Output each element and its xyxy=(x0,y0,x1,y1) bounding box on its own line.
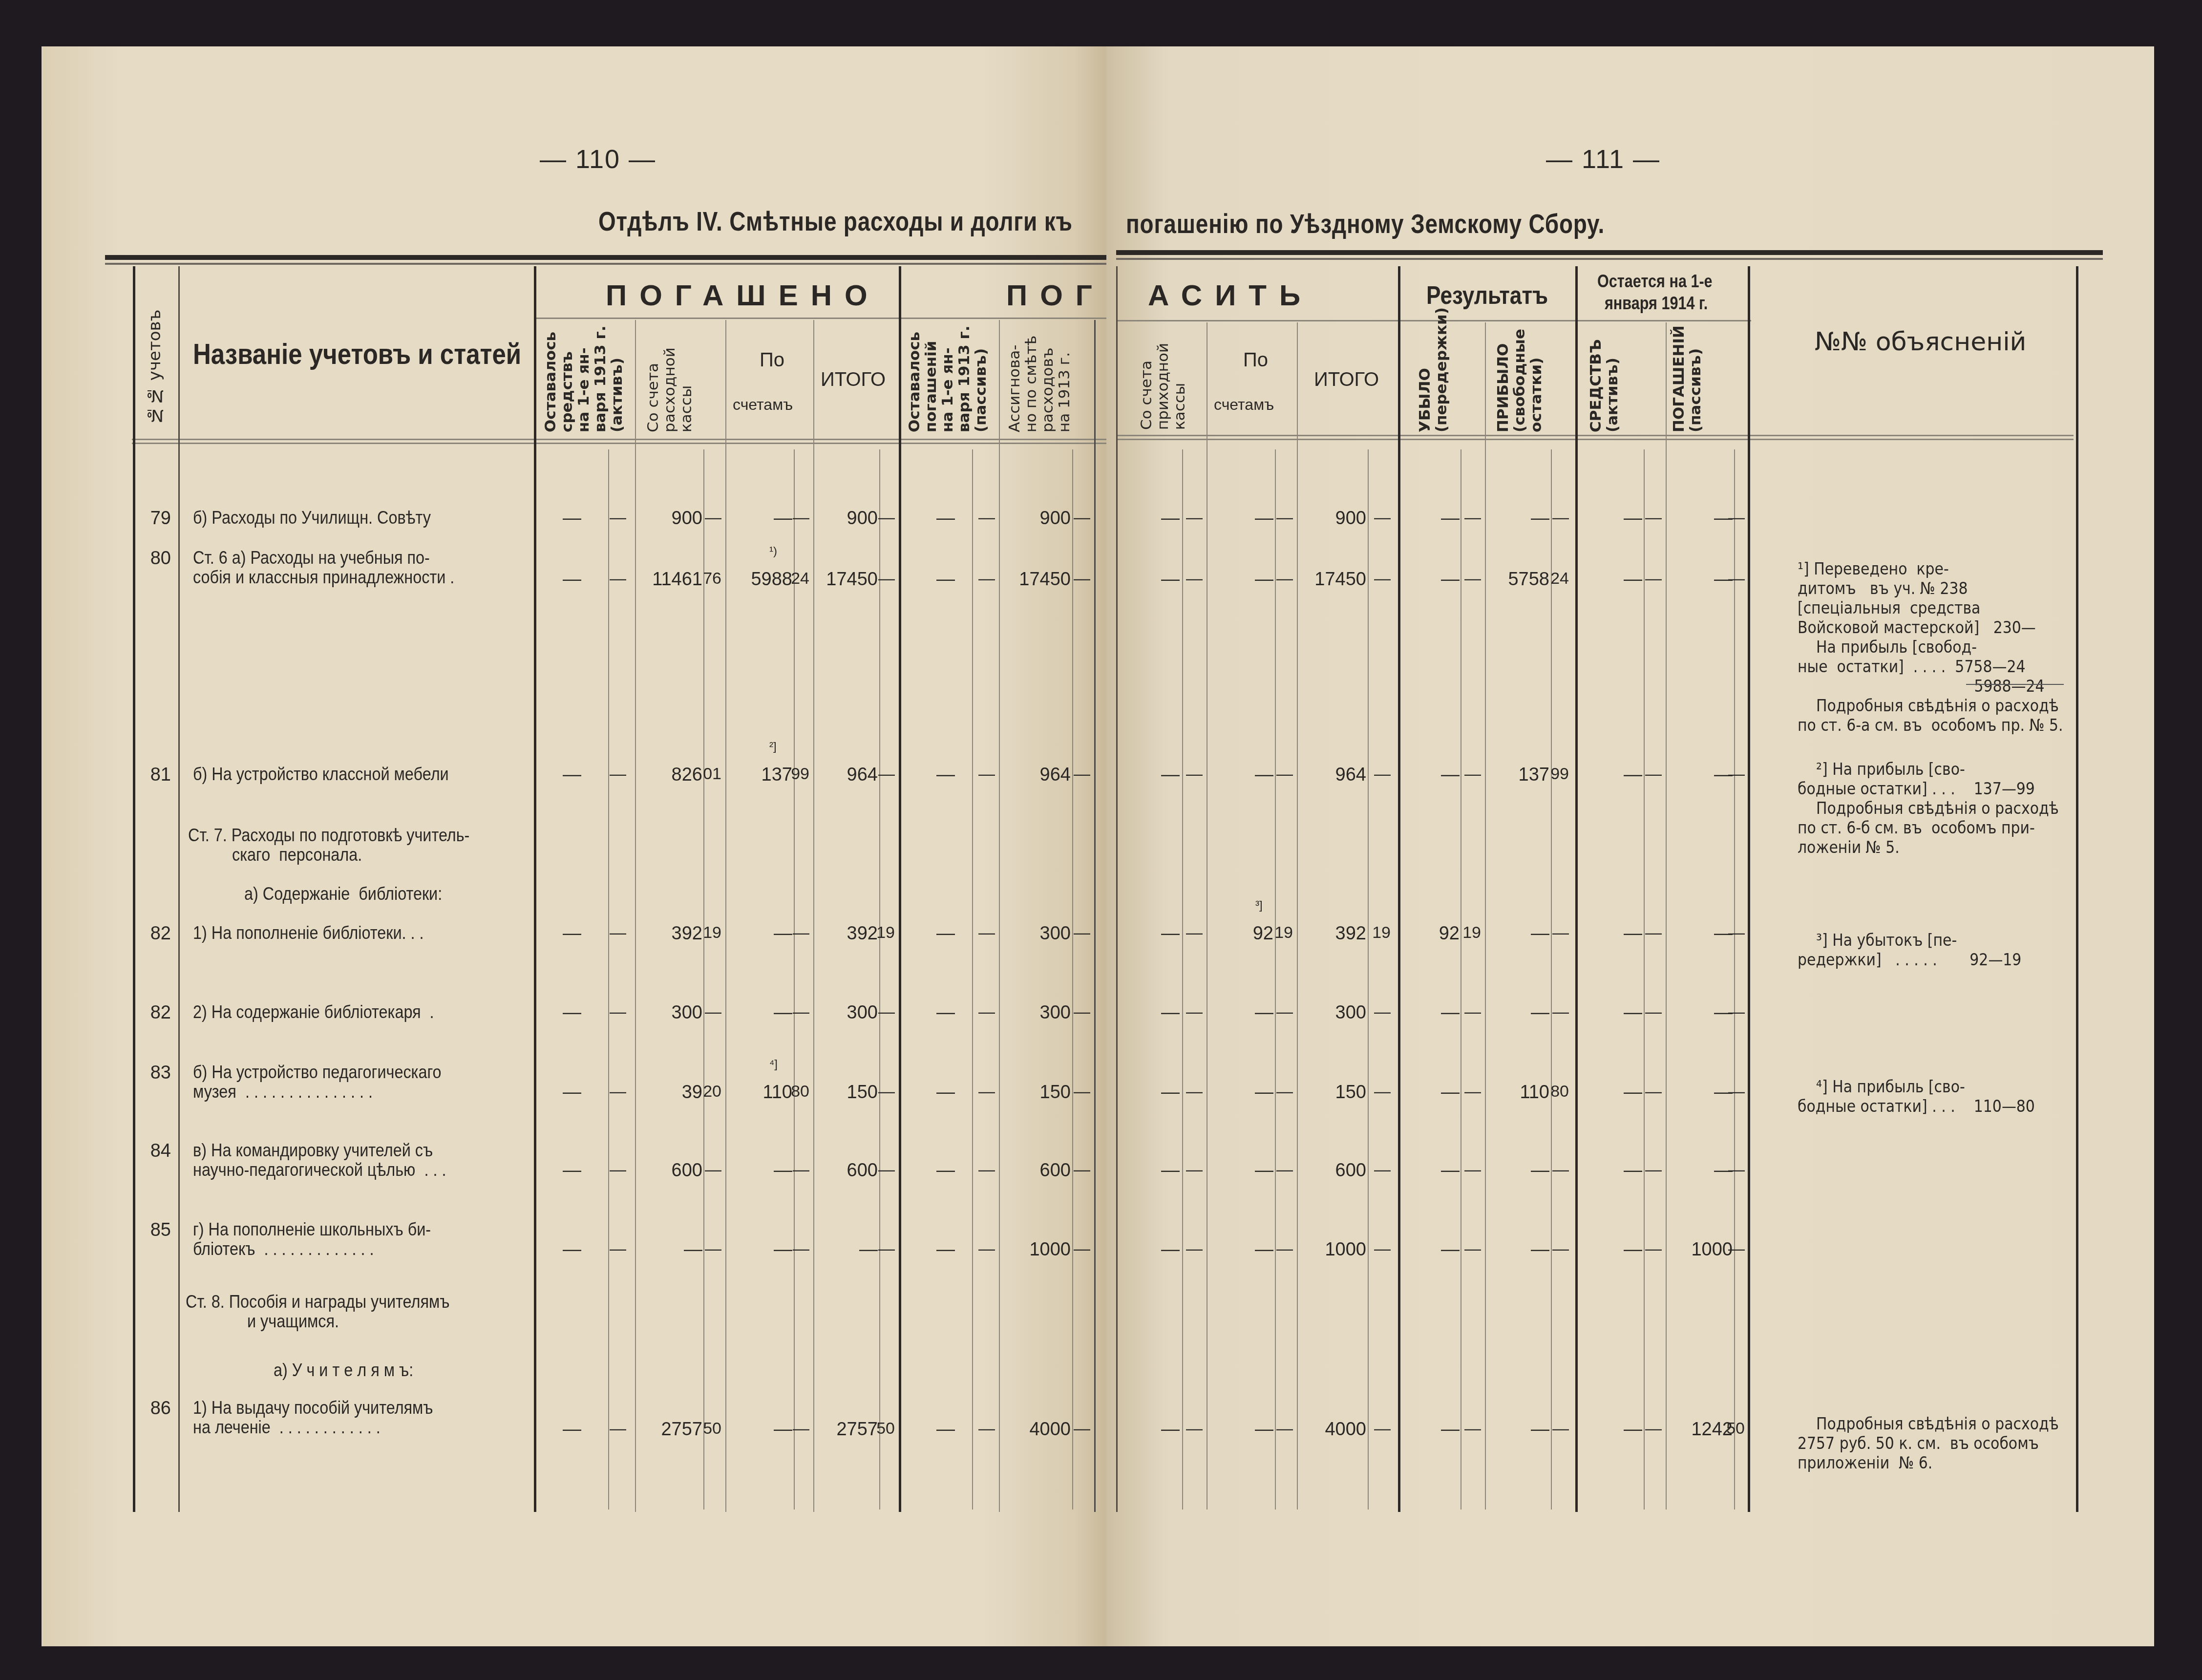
header-ubylo: УБЫЛО (передержки) xyxy=(1417,325,1450,432)
top-rule-right xyxy=(1116,250,2103,255)
cell-right-pogash: — xyxy=(1659,923,1733,944)
cell-right-schet: — xyxy=(1200,569,1273,590)
col-line xyxy=(1398,266,1400,1512)
cell-right-ubylo: — xyxy=(1386,765,1460,786)
cell-right-assign: 1000 xyxy=(997,1239,1071,1260)
cell-right-assign-kop: — xyxy=(1070,1239,1090,1258)
cell-right-kassa-kop: — xyxy=(1182,923,1203,942)
cell-left-schet: — xyxy=(719,1239,792,1260)
cell-left-itogo: 600 xyxy=(805,1160,878,1181)
cell-left-ost-kop: — xyxy=(606,923,626,942)
cell-right-schet: 92 xyxy=(1200,923,1273,944)
cell-right-pogash-kop: — xyxy=(1724,1082,1745,1101)
cell-left-schet: — xyxy=(719,1419,792,1440)
col-line xyxy=(1182,449,1183,1510)
cell-left-itogo: 300 xyxy=(805,1002,878,1023)
header-so-scheta-prihod: Со счета приходной кассы xyxy=(1138,342,1188,430)
row-label: г) На пополненіе школьныхъ би- бліотекъ … xyxy=(193,1220,431,1259)
footnote-marker: ³] xyxy=(1255,899,1263,913)
cell-right-pogash: 1000 xyxy=(1659,1239,1733,1260)
page-number-left: — 110 — xyxy=(540,144,656,174)
header-so-scheta-rashod: Со счета расходной кассы xyxy=(645,327,695,432)
group-rule-left xyxy=(535,318,1106,319)
cell-right-kassa: — xyxy=(1106,1160,1180,1181)
cell-left-kassa: 300 xyxy=(629,1002,702,1023)
cell-right-ost-kop: — xyxy=(974,1002,995,1021)
cell-right-assign-kop: — xyxy=(1070,1160,1090,1179)
header-pribylo: ПРИБЫЛО (свободные остатки) xyxy=(1495,325,1545,432)
header-pogasit-right: АСИТЬ xyxy=(1148,278,1313,312)
cell-right-pribylo: — xyxy=(1476,1002,1549,1023)
cell-left-schet: — xyxy=(719,508,792,529)
cell-right-schet-kop: — xyxy=(1272,765,1293,784)
top-rule-left xyxy=(105,255,1106,260)
header-itogo-left: ИТОГО xyxy=(821,369,886,391)
cell-right-sredstv: — xyxy=(1569,923,1642,944)
cell-left-kassa-kop: — xyxy=(701,1002,721,1021)
col-line xyxy=(133,266,135,1512)
cell-right-schet: — xyxy=(1200,1419,1273,1440)
header-remaining-1: Остается на 1-е xyxy=(1597,271,1713,292)
col-line xyxy=(899,266,901,1512)
cell-right-assign: 150 xyxy=(997,1082,1071,1103)
cell-right-ost: — xyxy=(882,569,955,590)
row-label: 1) На пополненіе библіотеки. . . xyxy=(193,923,424,943)
cell-right-sredstv: — xyxy=(1569,1239,1642,1260)
cell-right-schet: — xyxy=(1200,508,1273,529)
cell-right-kassa-kop: — xyxy=(1182,1002,1203,1021)
cell-right-pribylo-kop: — xyxy=(1548,508,1569,527)
header-result: Результатъ xyxy=(1426,281,1548,310)
col-line xyxy=(879,449,880,1510)
col-line xyxy=(1116,266,1118,1512)
row-number: 83 xyxy=(142,1063,171,1084)
explanation-86: Подробныя свѣдѣнія о расходѣ 2757 руб. 5… xyxy=(1798,1414,2059,1473)
cell-right-pribylo-kop: — xyxy=(1548,1419,1569,1438)
cell-right-pribylo-kop: — xyxy=(1548,1160,1569,1179)
cell-left-kassa-kop: 76 xyxy=(701,569,721,588)
cell-right-kassa: — xyxy=(1106,1419,1180,1440)
top-rule-left-thin xyxy=(105,263,1106,265)
section-heading: а) У ч и т е л я м ъ: xyxy=(274,1361,413,1380)
cell-right-pribylo-kop: — xyxy=(1548,923,1569,942)
cell-left-ost-kop: — xyxy=(606,1419,626,1438)
row-label: б) На устройство классной мебели xyxy=(193,765,449,784)
col-line xyxy=(1297,322,1298,1510)
header-pogasit-left: ПОГ xyxy=(1006,278,1105,312)
cell-right-kassa: — xyxy=(1106,923,1180,944)
cell-right-sredstv: — xyxy=(1569,1419,1642,1440)
cell-right-pribylo: — xyxy=(1476,923,1549,944)
cell-right-ost: — xyxy=(882,1239,955,1260)
cell-right-assign: 964 xyxy=(997,765,1071,786)
cell-left-itogo: 17450 xyxy=(805,569,878,590)
header-explanations: №№ объясненій xyxy=(1815,327,2026,357)
cell-right-ost-kop: — xyxy=(974,1082,995,1101)
cell-right-sredstv-kop: — xyxy=(1641,569,1662,588)
cell-right-kassa-kop: — xyxy=(1182,1239,1203,1258)
cell-left-ost: — xyxy=(508,1002,581,1023)
cell-right-pogash-kop: 50 xyxy=(1724,1419,1745,1438)
col-line xyxy=(534,266,536,1512)
cell-right-ost-kop: — xyxy=(974,1419,995,1438)
cell-right-kassa-kop: — xyxy=(1182,1082,1203,1101)
header-remaining-2: января 1914 г. xyxy=(1605,293,1708,314)
cell-right-ubylo: — xyxy=(1386,508,1460,529)
cell-left-kassa: 11461 xyxy=(629,569,702,590)
cell-right-assign: 4000 xyxy=(997,1419,1071,1440)
cell-right-assign-kop: — xyxy=(1070,923,1090,942)
col-line xyxy=(1644,449,1645,1510)
cell-right-schet-kop: 19 xyxy=(1272,923,1293,942)
row-number: 82 xyxy=(142,1002,171,1023)
cell-right-kassa-kop: — xyxy=(1182,569,1203,588)
cell-right-pogash-kop: — xyxy=(1724,765,1745,784)
cell-right-pogash-kop: — xyxy=(1724,1002,1745,1021)
col-line xyxy=(725,320,726,1512)
cell-right-schet-kop: — xyxy=(1272,1002,1293,1021)
cell-right-schet-kop: — xyxy=(1272,1160,1293,1179)
cell-right-ost-kop: — xyxy=(974,923,995,942)
cell-left-ost-kop: — xyxy=(606,1239,626,1258)
cell-right-pogash-kop: — xyxy=(1724,1160,1745,1179)
cell-right-schet: — xyxy=(1200,1160,1273,1181)
cell-right-schet: — xyxy=(1200,1239,1273,1260)
cell-right-pogash: — xyxy=(1659,1002,1733,1023)
section-heading: Ст. 7. Расходы по подготовкѣ учитель- ск… xyxy=(188,826,469,865)
cell-left-kassa: 900 xyxy=(629,508,702,529)
cell-right-sredstv: — xyxy=(1569,1160,1642,1181)
cell-left-itogo: 2757 xyxy=(805,1419,878,1440)
col-line xyxy=(1551,449,1552,1510)
cell-right-pogash: — xyxy=(1659,569,1733,590)
cell-left-ost: — xyxy=(508,1160,581,1181)
cell-right-sredstv-kop: — xyxy=(1641,923,1662,942)
cell-left-ost: — xyxy=(508,508,581,529)
cell-right-ubylo: — xyxy=(1386,1160,1460,1181)
cell-right-kassa: — xyxy=(1106,765,1180,786)
cell-right-pribylo: — xyxy=(1476,1239,1549,1260)
cell-right-ubylo: — xyxy=(1386,1419,1460,1440)
row-number: 81 xyxy=(142,765,171,786)
cell-right-assign: 300 xyxy=(997,923,1071,944)
cell-right-pribylo-kop: — xyxy=(1548,1002,1569,1021)
cell-right-itogo: 1000 xyxy=(1293,1239,1366,1260)
cell-right-pribylo: — xyxy=(1476,1419,1549,1440)
cell-right-pribylo-kop: 80 xyxy=(1548,1082,1569,1101)
col-line xyxy=(999,320,1000,1512)
row-label: Ст. 6 а) Расходы на учебныя по- собія и … xyxy=(193,548,454,587)
col-line xyxy=(1734,449,1735,1510)
cell-left-ost: — xyxy=(508,923,581,944)
header-bottom-rule-right xyxy=(1116,435,2074,436)
cell-left-kassa-kop: — xyxy=(701,1160,721,1179)
cell-right-ost: — xyxy=(882,1002,955,1023)
cell-right-assign-kop: — xyxy=(1070,1082,1090,1101)
cell-left-schet: 110 xyxy=(719,1082,792,1103)
cell-right-itogo: 900 xyxy=(1293,508,1366,529)
row-number: 80 xyxy=(142,548,171,569)
row-label: б) Расходы по Училищн. Совѣту xyxy=(193,508,431,528)
cell-right-kassa: — xyxy=(1106,1239,1180,1260)
cell-left-kassa: 826 xyxy=(629,765,702,786)
header-sredstv: СРЕДСТВЪ (активъ) xyxy=(1588,325,1621,432)
cell-left-kassa: 2757 xyxy=(629,1419,702,1440)
cell-left-kassa: 600 xyxy=(629,1160,702,1181)
cell-left-itogo: 150 xyxy=(805,1082,878,1103)
cell-right-pogash: — xyxy=(1659,508,1733,529)
cell-right-ost: — xyxy=(882,923,955,944)
cell-right-ubylo: — xyxy=(1386,1239,1460,1260)
cell-right-assign-kop: — xyxy=(1070,765,1090,784)
cell-right-itogo: 17450 xyxy=(1293,569,1366,590)
header-pogasheno: ПОГАШЕНО xyxy=(606,278,880,312)
col-line xyxy=(1485,322,1486,1510)
header-bottom-rule-left-2 xyxy=(132,443,1106,444)
cell-left-ost-kop: — xyxy=(606,1082,626,1101)
cell-left-ost: — xyxy=(508,1082,581,1103)
cell-right-ost-kop: — xyxy=(974,1239,995,1258)
col-line xyxy=(1275,449,1276,1510)
cell-right-assign: 900 xyxy=(997,508,1071,529)
col-line xyxy=(813,320,814,1512)
section-heading: а) Содержаніе библіотеки: xyxy=(244,884,442,904)
cell-left-ost-kop: — xyxy=(606,1002,626,1021)
col-line xyxy=(1094,320,1096,1512)
header-po-schetam-r2: счетамъ xyxy=(1214,396,1274,414)
col-line xyxy=(608,449,609,1510)
header-bottom-rule-left xyxy=(132,439,1106,440)
cell-left-kassa-kop: 20 xyxy=(701,1082,721,1101)
header-name: Названіе учетовъ и статей xyxy=(193,337,521,371)
cell-right-sredstv-kop: — xyxy=(1641,765,1662,784)
col-line xyxy=(1072,449,1073,1510)
cell-right-sredstv: — xyxy=(1569,1082,1642,1103)
cell-right-itogo: 964 xyxy=(1293,765,1366,786)
cell-left-itogo: 392 xyxy=(805,923,878,944)
row-number: 86 xyxy=(142,1398,171,1419)
cell-right-assign-kop: — xyxy=(1070,569,1090,588)
cell-right-sredstv-kop: — xyxy=(1641,1419,1662,1438)
cell-right-ost: — xyxy=(882,1419,955,1440)
row-number: 82 xyxy=(142,923,171,944)
cell-right-pogash: 1242 xyxy=(1659,1419,1733,1440)
cell-left-ost: — xyxy=(508,1239,581,1260)
cell-right-schet-kop: — xyxy=(1272,1239,1293,1258)
footnote-marker: ⁴] xyxy=(769,1058,778,1071)
cell-right-ost: — xyxy=(882,765,955,786)
cell-right-kassa: — xyxy=(1106,508,1180,529)
cell-right-pribylo: 137 xyxy=(1476,765,1549,786)
sum-underline xyxy=(1966,684,2064,685)
explanation-3: ³] На убытокъ [пе- редержки] . . . . . 9… xyxy=(1798,931,2021,970)
cell-right-pribylo-kop: 24 xyxy=(1548,569,1569,588)
page-number-right: — 111 — xyxy=(1546,144,1660,174)
cell-right-kassa-kop: — xyxy=(1182,765,1203,784)
row-label: 2) На содержаніе библіотекаря . xyxy=(193,1002,434,1022)
cell-right-sredstv: — xyxy=(1569,508,1642,529)
col-line xyxy=(1666,322,1667,1510)
cell-right-assign-kop: — xyxy=(1070,1419,1090,1438)
header-itogo-right: ИТОГО xyxy=(1314,369,1379,391)
row-number: 85 xyxy=(142,1220,171,1241)
top-rule-right-thin xyxy=(1116,258,2103,260)
cell-right-ubylo: 92 xyxy=(1386,923,1460,944)
row-label: б) На устройство педагогическаго музея .… xyxy=(193,1063,442,1102)
cell-right-sredstv-kop: — xyxy=(1641,1082,1662,1101)
cell-right-pogash-kop: — xyxy=(1724,569,1745,588)
cell-right-schet-kop: — xyxy=(1272,1419,1293,1438)
cell-right-ost-kop: — xyxy=(974,765,995,784)
cell-right-pogash: — xyxy=(1659,1160,1733,1181)
cell-right-pribylo: 5758 xyxy=(1476,569,1549,590)
header-po-schetam-1: По xyxy=(760,349,784,371)
section-title-left: Отдѣлъ IV. Смѣтные расходы и долги къ xyxy=(598,205,1073,237)
cell-right-schet: — xyxy=(1200,1082,1273,1103)
section-title-right: погашенію по Уѣздному Земскому Сбору. xyxy=(1126,208,1605,239)
cell-right-schet-kop: — xyxy=(1272,569,1293,588)
header-po-schetam-2: счетамъ xyxy=(733,396,793,414)
cell-left-ost: — xyxy=(508,569,581,590)
explanation-1: ¹] Переведено кре- дитомъ въ уч. № 238 [… xyxy=(1798,559,2063,735)
cell-right-sredstv-kop: — xyxy=(1641,508,1662,527)
cell-right-ubylo: — xyxy=(1386,1002,1460,1023)
row-label: в) На командировку учителей съ научно-пе… xyxy=(193,1141,446,1180)
cell-right-assign: 17450 xyxy=(997,569,1071,590)
cell-right-assign: 600 xyxy=(997,1160,1071,1181)
cell-right-sredstv: — xyxy=(1569,1002,1642,1023)
cell-right-pogash-kop: — xyxy=(1724,923,1745,942)
header-pogasheniy: ПОГАШЕНІЙ (пассивъ) xyxy=(1671,325,1704,432)
cell-right-kassa-kop: — xyxy=(1182,508,1203,527)
cell-right-sredstv-kop: — xyxy=(1641,1160,1662,1179)
cell-right-ost: — xyxy=(882,508,955,529)
cell-right-assign-kop: — xyxy=(1070,1002,1090,1021)
row-number: 79 xyxy=(142,508,171,529)
cell-right-pogash: — xyxy=(1659,1082,1733,1103)
cell-right-itogo: 150 xyxy=(1293,1082,1366,1103)
cell-left-ost-kop: — xyxy=(606,1160,626,1179)
cell-left-itogo: — xyxy=(805,1239,878,1260)
cell-right-ost-kop: — xyxy=(974,569,995,588)
cell-right-schet-kop: — xyxy=(1272,1082,1293,1101)
row-label: 1) На выдачу пособій учителямъ на лечені… xyxy=(193,1398,433,1437)
cell-right-itogo: 600 xyxy=(1293,1160,1366,1181)
col-line xyxy=(972,449,973,1510)
cell-right-pribylo: 110 xyxy=(1476,1082,1549,1103)
cell-left-kassa: 39 xyxy=(629,1082,702,1103)
cell-right-pribylo: — xyxy=(1476,1160,1549,1181)
cell-right-sredstv: — xyxy=(1569,569,1642,590)
cell-right-assign-kop: — xyxy=(1070,508,1090,527)
cell-right-pribylo-kop: 99 xyxy=(1548,765,1569,784)
cell-right-itogo: 392 xyxy=(1293,923,1366,944)
col-line xyxy=(703,449,704,1510)
header-ostavalos-aktiv: Оставалось средствъ на 1-е ян- варя 1913… xyxy=(542,327,625,432)
footnote-marker: ²] xyxy=(769,740,777,754)
cell-right-pribylo: — xyxy=(1476,508,1549,529)
cell-right-sredstv-kop: — xyxy=(1641,1239,1662,1258)
cell-right-schet: — xyxy=(1200,1002,1273,1023)
cell-left-ost: — xyxy=(508,1419,581,1440)
col-line xyxy=(1368,449,1369,1510)
cell-right-itogo: 4000 xyxy=(1293,1419,1366,1440)
cell-left-schet: 5988 xyxy=(719,569,792,590)
cell-left-kassa-kop: — xyxy=(701,1239,721,1258)
cell-left-ost: — xyxy=(508,765,581,786)
header-row-no: №№ учетовъ xyxy=(147,313,163,425)
cell-left-itogo: 964 xyxy=(805,765,878,786)
cell-right-pogash-kop: — xyxy=(1724,1239,1745,1258)
cell-right-pogash: — xyxy=(1659,765,1733,786)
footnote-marker: ¹) xyxy=(769,545,777,558)
col-line xyxy=(1748,266,1750,1512)
explanation-2: ²] На прибыль [сво- бодные остатки] . . … xyxy=(1798,760,2059,857)
cell-left-kassa-kop: 19 xyxy=(701,923,721,942)
cell-left-kassa-kop: — xyxy=(701,508,721,527)
header-assignovano: Ассигнова- но по смѣтѣ расходовъ на 1913… xyxy=(1006,325,1073,432)
cell-left-kassa-kop: 50 xyxy=(701,1419,721,1438)
cell-left-kassa: 392 xyxy=(629,923,702,944)
cell-right-schet: — xyxy=(1200,765,1273,786)
header-ostavalos-passiv: Оставалось погашеній на 1-е ян- варя 191… xyxy=(906,325,989,432)
row-number: 84 xyxy=(142,1141,171,1162)
cell-left-ost-kop: — xyxy=(606,508,626,527)
section-heading: Ст. 8. Пособія и награды учителямъ и уча… xyxy=(186,1292,450,1331)
cell-right-assign: 300 xyxy=(997,1002,1071,1023)
cell-left-itogo: 900 xyxy=(805,508,878,529)
cell-left-ost-kop: — xyxy=(606,569,626,588)
col-line xyxy=(794,449,795,1510)
cell-left-schet: — xyxy=(719,1160,792,1181)
cell-right-ost-kop: — xyxy=(974,508,995,527)
cell-right-kassa-kop: — xyxy=(1182,1160,1203,1179)
col-line xyxy=(178,266,180,1512)
col-line xyxy=(1207,322,1207,1510)
explanation-4: ⁴] На прибыль [сво- бодные остатки] . . … xyxy=(1798,1077,2035,1116)
cell-right-pribylo-kop: — xyxy=(1548,1239,1569,1258)
cell-right-ost-kop: — xyxy=(974,1160,995,1179)
cell-left-kassa-kop: 01 xyxy=(701,765,721,784)
cell-right-kassa: — xyxy=(1106,1002,1180,1023)
cell-right-schet-kop: — xyxy=(1272,508,1293,527)
cell-right-pogash-kop: — xyxy=(1724,508,1745,527)
col-line xyxy=(1461,449,1461,1510)
cell-left-schet: 137 xyxy=(719,765,792,786)
header-po-schetam-r1: По xyxy=(1243,349,1268,371)
cell-right-kassa: — xyxy=(1106,569,1180,590)
cell-right-sredstv: — xyxy=(1569,765,1642,786)
col-line xyxy=(1575,266,1578,1512)
cell-left-ost-kop: — xyxy=(606,765,626,784)
cell-left-schet: — xyxy=(719,1002,792,1023)
cell-right-itogo: 300 xyxy=(1293,1002,1366,1023)
cell-right-ost: — xyxy=(882,1160,955,1181)
header-bottom-rule-right-2 xyxy=(1116,439,2074,440)
cell-right-kassa-kop: — xyxy=(1182,1419,1203,1438)
cell-left-schet: — xyxy=(719,923,792,944)
cell-right-ubylo: — xyxy=(1386,569,1460,590)
cell-right-ost: — xyxy=(882,1082,955,1103)
cell-left-kassa: — xyxy=(629,1239,702,1260)
cell-right-kassa: — xyxy=(1106,1082,1180,1103)
cell-right-ubylo: — xyxy=(1386,1082,1460,1103)
cell-right-sredstv-kop: — xyxy=(1641,1002,1662,1021)
col-line xyxy=(635,320,636,1512)
col-line xyxy=(2076,266,2078,1512)
